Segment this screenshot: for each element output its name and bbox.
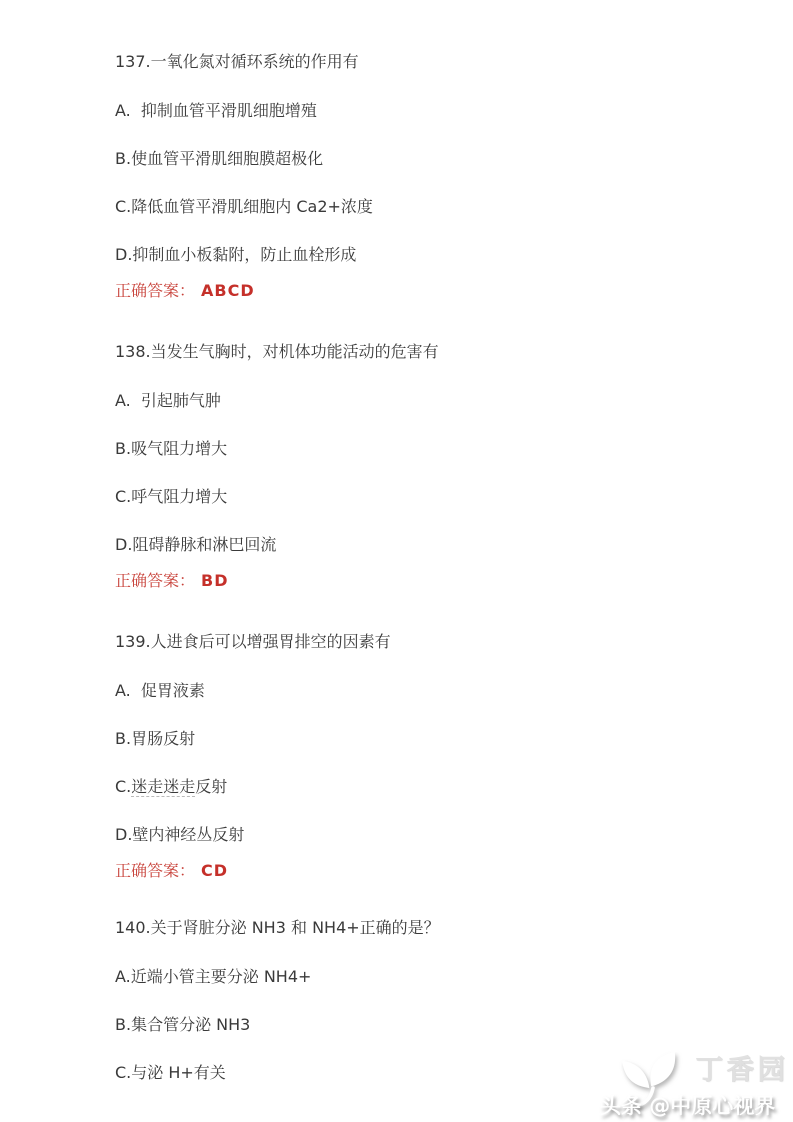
answer-value: BD <box>201 571 228 590</box>
answer-value: CD <box>201 861 228 880</box>
question-title: 139.人进食后可以增强胃排空的因素有 <box>115 630 763 654</box>
watermark-byline: 头条 @中原心视界 <box>600 1090 775 1120</box>
correct-answer-line: 正确答案：BD <box>115 569 763 593</box>
question-138: 138.当发生气胸时，对机体功能活动的危害有 A. 引起肺气肿 B.吸气阻力增大… <box>115 340 763 593</box>
option-b: B.使血管平滑肌细胞膜超极化 <box>115 147 763 171</box>
question-137: 137.一氧化氮对循环系统的作用有 A. 抑制血管平滑肌细胞增殖 B.使血管平滑… <box>115 50 763 303</box>
option-a: A.近端小管主要分泌 NH4+ <box>115 965 763 989</box>
option-d: D.壁内神经丛反射 <box>115 823 763 847</box>
option-a: A. 促胃液素 <box>115 679 763 703</box>
answer-value: ABCD <box>201 281 255 300</box>
correct-answer-line: 正确答案：ABCD <box>115 279 763 303</box>
question-title: 138.当发生气胸时，对机体功能活动的危害有 <box>115 340 763 364</box>
option-c: C.降低血管平滑肌细胞内 Ca2+浓度 <box>115 195 763 219</box>
option-d: D.抑制血小板黏附，防止血栓形成 <box>115 243 763 267</box>
question-title: 140.关于肾脏分泌 NH3 和 NH4+正确的是？ <box>115 916 763 940</box>
question-title: 137.一氧化氮对循环系统的作用有 <box>115 50 763 74</box>
option-a: A. 引起肺气肿 <box>115 389 763 413</box>
exam-question-page: 137.一氧化氮对循环系统的作用有 A. 抑制血管平滑肌细胞增殖 B.使血管平滑… <box>115 50 763 1109</box>
option-c: C.呼气阻力增大 <box>115 485 763 509</box>
option-b: B.吸气阻力增大 <box>115 437 763 461</box>
faint-logo-text: 丁香园 <box>696 1048 789 1087</box>
correct-answer-line: 正确答案：CD <box>115 859 763 883</box>
option-c: C.迷走迷走反射 <box>115 775 763 799</box>
watermark: 丁香园 头条 @中原心视界 <box>596 1038 793 1122</box>
answer-label: 正确答案： <box>115 861 195 880</box>
option-d: D.阻碍静脉和淋巴回流 <box>115 533 763 557</box>
option-b: B.集合管分泌 NH3 <box>115 1013 763 1037</box>
option-b: B.胃肠反射 <box>115 727 763 751</box>
answer-label: 正确答案： <box>115 571 195 590</box>
option-a: A. 抑制血管平滑肌细胞增殖 <box>115 99 763 123</box>
question-139: 139.人进食后可以增强胃排空的因素有 A. 促胃液素 B.胃肠反射 C.迷走迷… <box>115 630 763 883</box>
answer-label: 正确答案： <box>115 281 195 300</box>
